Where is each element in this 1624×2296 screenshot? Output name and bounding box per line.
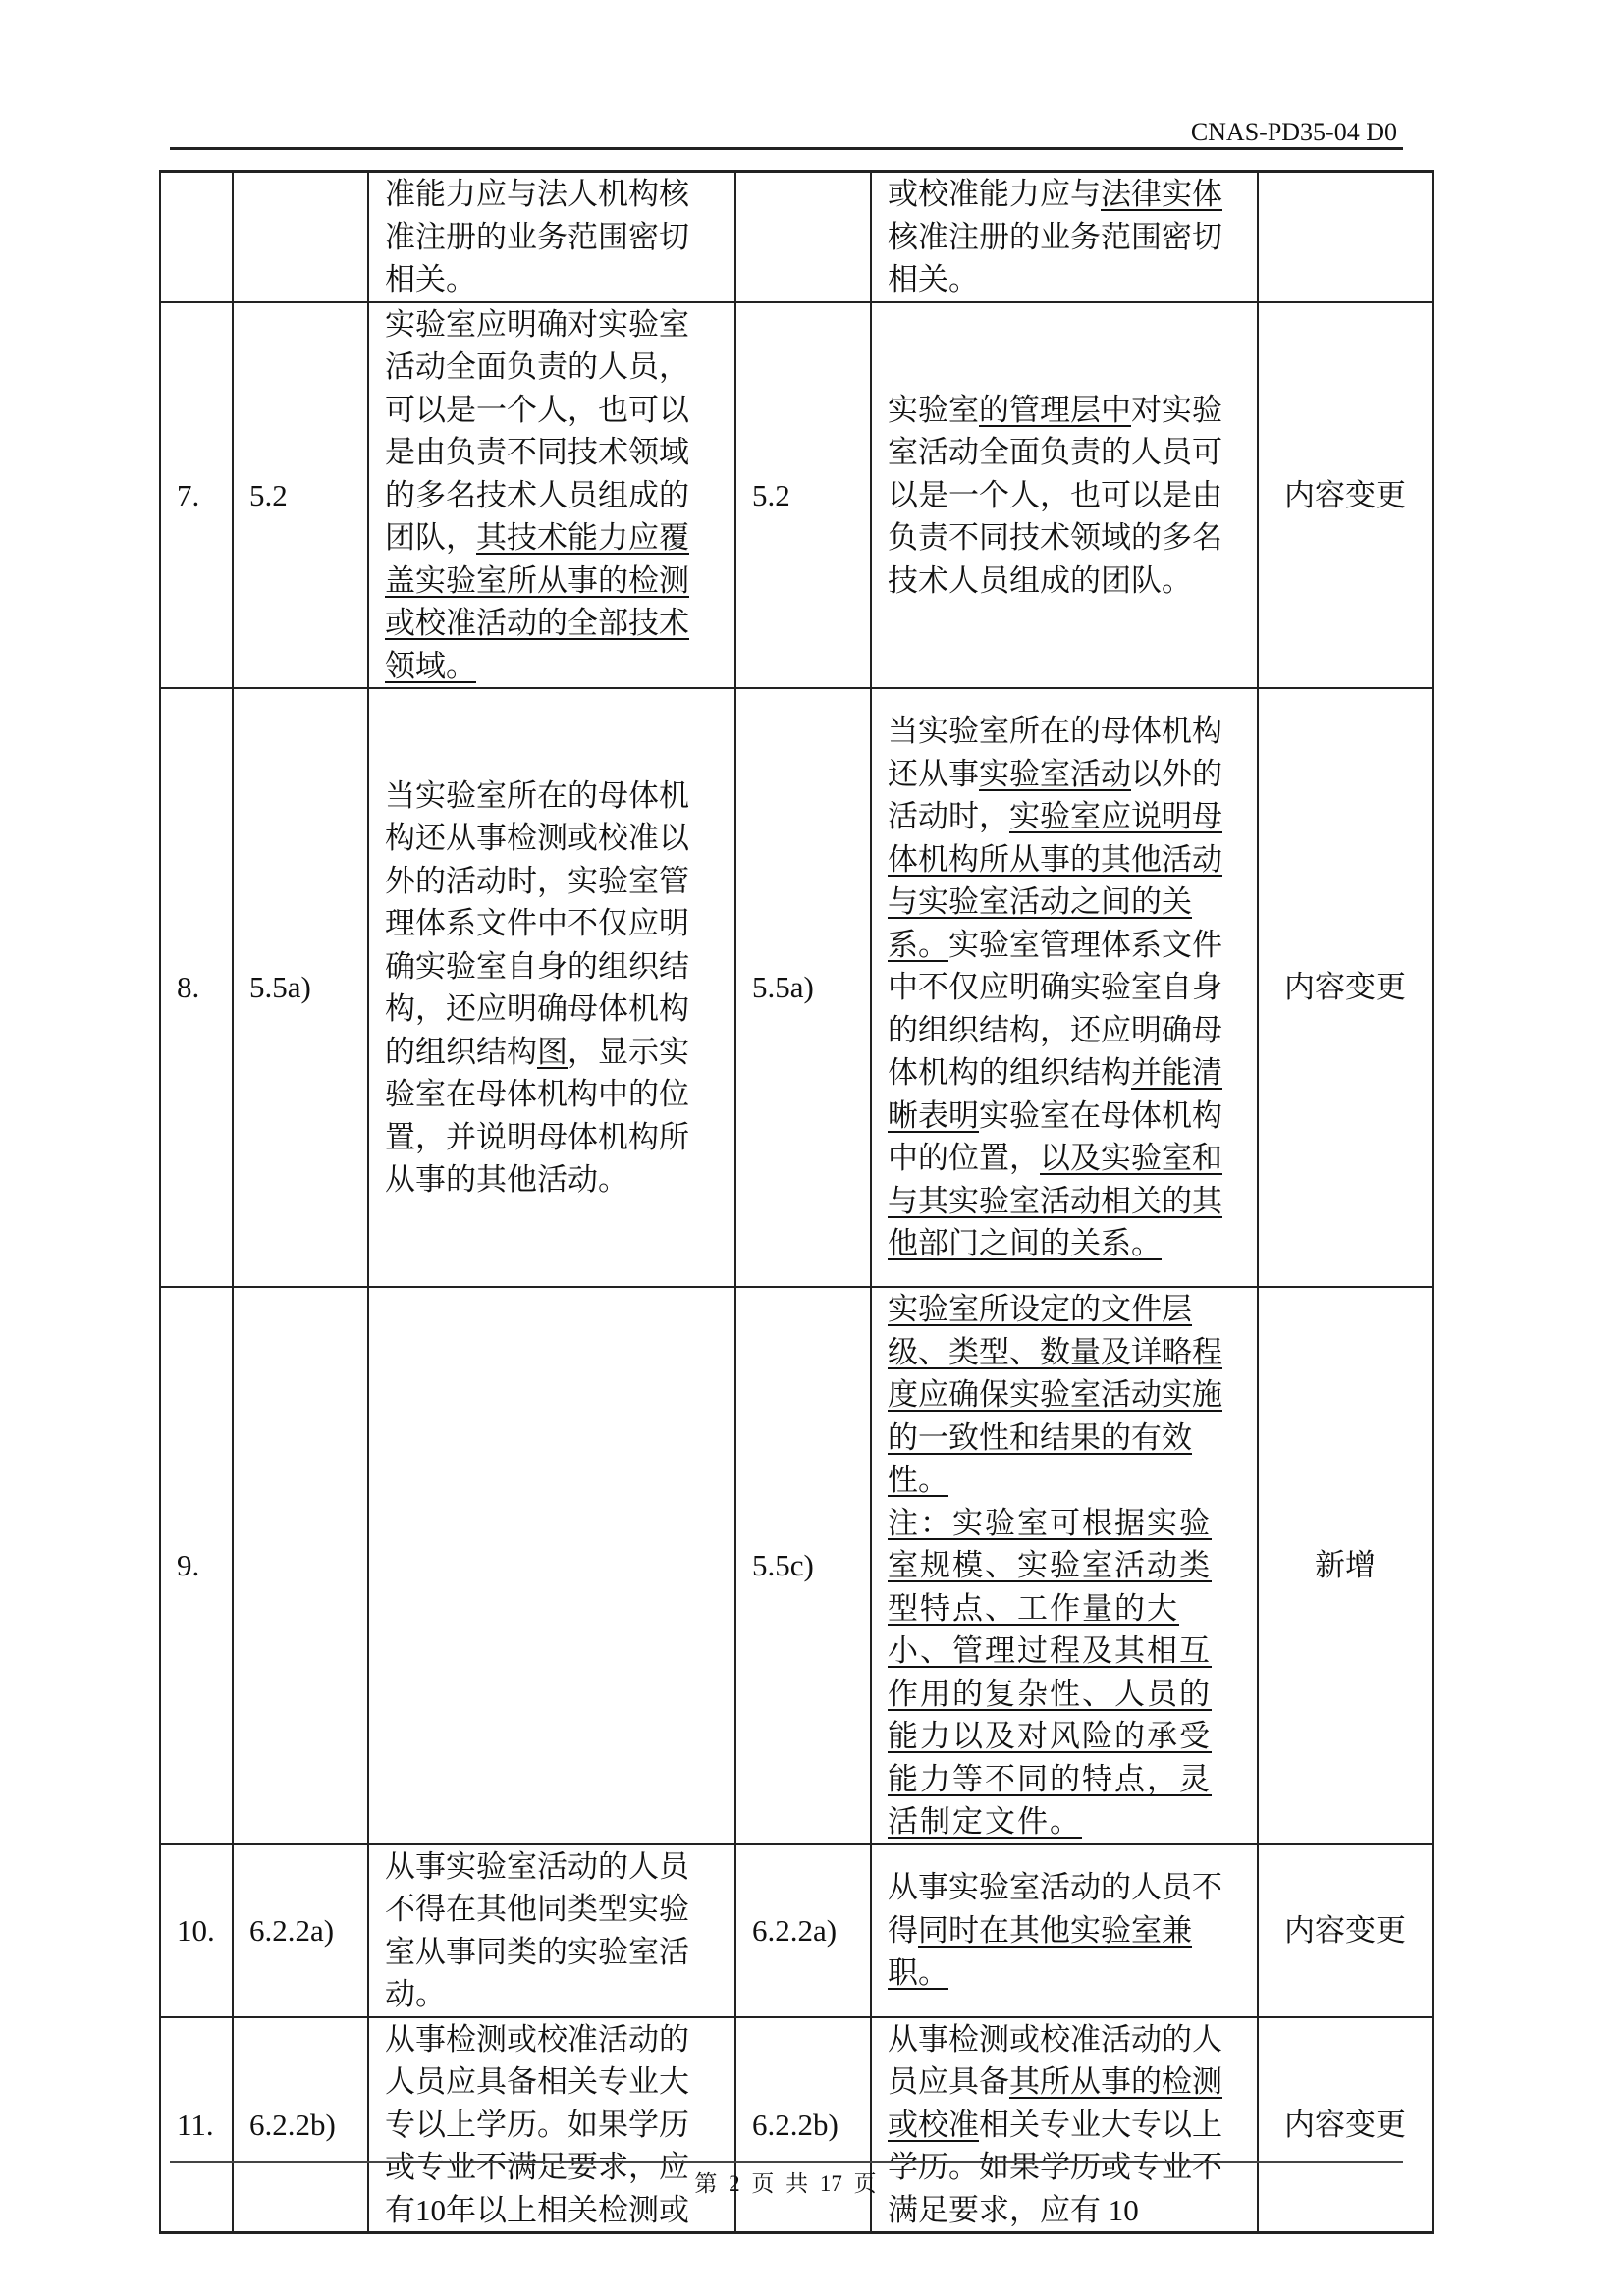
row-number: 10.	[160, 1844, 233, 2017]
old-text: 从事检测或校准活动的人员应具备相关专业大专以上学历。如果学历或专业不满足要求，应…	[368, 2017, 735, 2233]
header-rule	[170, 147, 1403, 150]
change-type: 内容变更	[1258, 302, 1433, 689]
document-code: CNAS-PD35-04 D0	[1191, 118, 1397, 147]
change-type: 内容变更	[1258, 688, 1433, 1287]
changed-text: 同时在其他实验室兼职。	[888, 1913, 1192, 1991]
text-segment: 实验室	[888, 393, 979, 427]
change-type	[1258, 172, 1433, 302]
text-segment: 或校准能力应与	[888, 177, 1101, 211]
table-row: 9. 5.5c) 实验室所设定的文件层级、类型、数量及详略程度应确保实验室活动实…	[160, 1287, 1433, 1844]
table-row: 10. 6.2.2a) 从事实验室活动的人员不得在其他同类型实验室从事同类的实验…	[160, 1844, 1433, 2017]
old-clause: 5.5a)	[233, 688, 368, 1287]
old-text: 准能力应与法人机构核准注册的业务范围密切相关。	[368, 172, 735, 302]
new-clause	[735, 172, 871, 302]
old-clause: 6.2.2b)	[233, 2017, 368, 2233]
change-type: 内容变更	[1258, 2017, 1433, 2233]
new-clause: 5.5c)	[735, 1287, 871, 1844]
row-number: 7.	[160, 302, 233, 689]
table-row: 7. 5.2 实验室应明确对实验室活动全面负责的人员，可以是一个人，也可以是由负…	[160, 302, 1433, 689]
table-row: 11. 6.2.2b) 从事检测或校准活动的人员应具备相关专业大专以上学历。如果…	[160, 2017, 1433, 2233]
old-text: 实验室应明确对实验室活动全面负责的人员，可以是一个人，也可以是由负责不同技术领域…	[368, 302, 735, 689]
new-text: 实验室所设定的文件层级、类型、数量及详略程度应确保实验室活动实施的一致性和结果的…	[871, 1287, 1258, 1844]
new-text: 从事实验室活动的人员不得同时在其他实验室兼职。	[871, 1844, 1258, 2017]
text-segment: 准能力应与法人机构核准注册的业务范围密切相关。	[385, 177, 689, 296]
row-number: 9.	[160, 1287, 233, 1844]
table-row: 8. 5.5a) 当实验室所在的母体机构还从事检测或校准以外的活动时，实验室管理…	[160, 688, 1433, 1287]
text-segment: 核准注册的业务范围密切相关。	[888, 220, 1222, 297]
changed-text: 图	[537, 1035, 568, 1069]
new-clause: 5.5a)	[735, 688, 871, 1287]
new-text: 从事检测或校准活动的人员应具备其所从事的检测或校准相关专业大专以上学历。如果学历…	[871, 2017, 1258, 2233]
new-text: 或校准能力应与法律实体核准注册的业务范围密切相关。	[871, 172, 1258, 302]
changed-text: 实验室所设定的文件层级、类型、数量及详略程度应确保实验室活动实施的一致性和结果的…	[888, 1292, 1222, 1497]
old-text	[368, 1287, 735, 1844]
footer-rule	[170, 2161, 1403, 2163]
new-text-note: 注：实验室可根据实验室规模、实验室活动类型特点、工作量的大小、管理过程及其相互作…	[888, 1502, 1241, 1843]
old-clause: 5.2	[233, 302, 368, 689]
text-segment: 当实验室所在的母体机构还从事检测或校准以外的活动时，实验室管理体系文件中不仅应明…	[385, 778, 689, 1069]
new-clause: 5.2	[735, 302, 871, 689]
comparison-table: 准能力应与法人机构核准注册的业务范围密切相关。 或校准能力应与法律实体核准注册的…	[159, 170, 1434, 2234]
old-clause: 6.2.2a)	[233, 1844, 368, 2017]
new-text-body: 实验室所设定的文件层级、类型、数量及详略程度应确保实验室活动实施的一致性和结果的…	[888, 1288, 1241, 1502]
new-clause: 6.2.2a)	[735, 1844, 871, 2017]
old-text: 从事实验室活动的人员不得在其他同类型实验室从事同类的实验室活动。	[368, 1844, 735, 2017]
changed-text: 实验室活动	[979, 757, 1131, 791]
new-text: 当实验室所在的母体机构还从事实验室活动以外的活动时，实验室应说明母体机构所从事的…	[871, 688, 1258, 1287]
change-type: 内容变更	[1258, 1844, 1433, 2017]
page-number: 第 2 页 共 17 页	[0, 2169, 1571, 2199]
table-row: 准能力应与法人机构核准注册的业务范围密切相关。 或校准能力应与法律实体核准注册的…	[160, 172, 1433, 302]
change-type: 新增	[1258, 1287, 1433, 1844]
row-number: 8.	[160, 688, 233, 1287]
old-clause	[233, 1287, 368, 1844]
new-text: 实验室的管理层中对实验室活动全面负责的人员可以是一个人，也可以是由负责不同技术领…	[871, 302, 1258, 689]
changed-text: 的管理层中	[979, 393, 1131, 427]
row-number	[160, 172, 233, 302]
new-clause: 6.2.2b)	[735, 2017, 871, 2233]
old-clause	[233, 172, 368, 302]
row-number: 11.	[160, 2017, 233, 2233]
old-text: 当实验室所在的母体机构还从事检测或校准以外的活动时，实验室管理体系文件中不仅应明…	[368, 688, 735, 1287]
changed-text: 法律实体	[1101, 177, 1222, 211]
text-segment: 实验室应明确对实验室活动全面负责的人员，可以是一个人，也可以是由负责不同技术领域…	[385, 307, 689, 556]
changed-text: 注：实验室可根据实验室规模、实验室活动类型特点、工作量的大小、管理过程及其相互作…	[888, 1506, 1212, 1840]
text-segment: 从事实验室活动的人员不得在其他同类型实验室从事同类的实验室活动。	[385, 1849, 689, 2012]
